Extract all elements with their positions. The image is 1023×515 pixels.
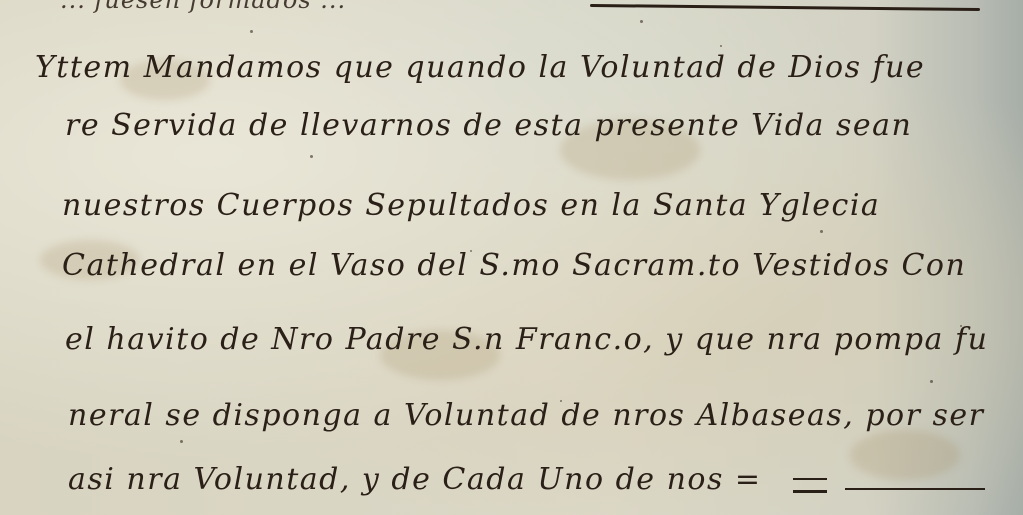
top-rule-line bbox=[590, 4, 980, 11]
manuscript-line-4: Cathedral en el Vaso del S.mo Sacram.to … bbox=[62, 248, 966, 283]
ink-speck bbox=[930, 380, 933, 383]
manuscript-line-3: nuestros Cuerpos Sepultados en la Santa … bbox=[62, 188, 880, 223]
ink-speck bbox=[720, 45, 722, 47]
manuscript-page: ... fuesen formados ... Yttem Mandamos q… bbox=[0, 0, 1023, 515]
manuscript-line-7: asi nra Voluntad, y de Cada Uno de nos = bbox=[68, 462, 762, 497]
ink-speck bbox=[310, 155, 313, 158]
ink-speck bbox=[250, 30, 253, 33]
paper-stain bbox=[850, 430, 960, 480]
closing-double-dash bbox=[793, 478, 827, 493]
ink-speck bbox=[640, 20, 643, 23]
cut-off-top-line: ... fuesen formados ... bbox=[60, 0, 346, 14]
ink-speck bbox=[180, 440, 183, 443]
manuscript-line-5: el havito de Nro Padre S.n Franc.o, y qu… bbox=[65, 322, 988, 357]
manuscript-line-2: re Servida de llevarnos de esta presente… bbox=[65, 108, 912, 143]
manuscript-line-1: Yttem Mandamos que quando la Voluntad de… bbox=[35, 50, 925, 85]
manuscript-line-6: neral se disponga a Voluntad de nros Alb… bbox=[68, 398, 984, 433]
closing-rule-line bbox=[845, 488, 985, 490]
ink-speck bbox=[820, 230, 823, 233]
